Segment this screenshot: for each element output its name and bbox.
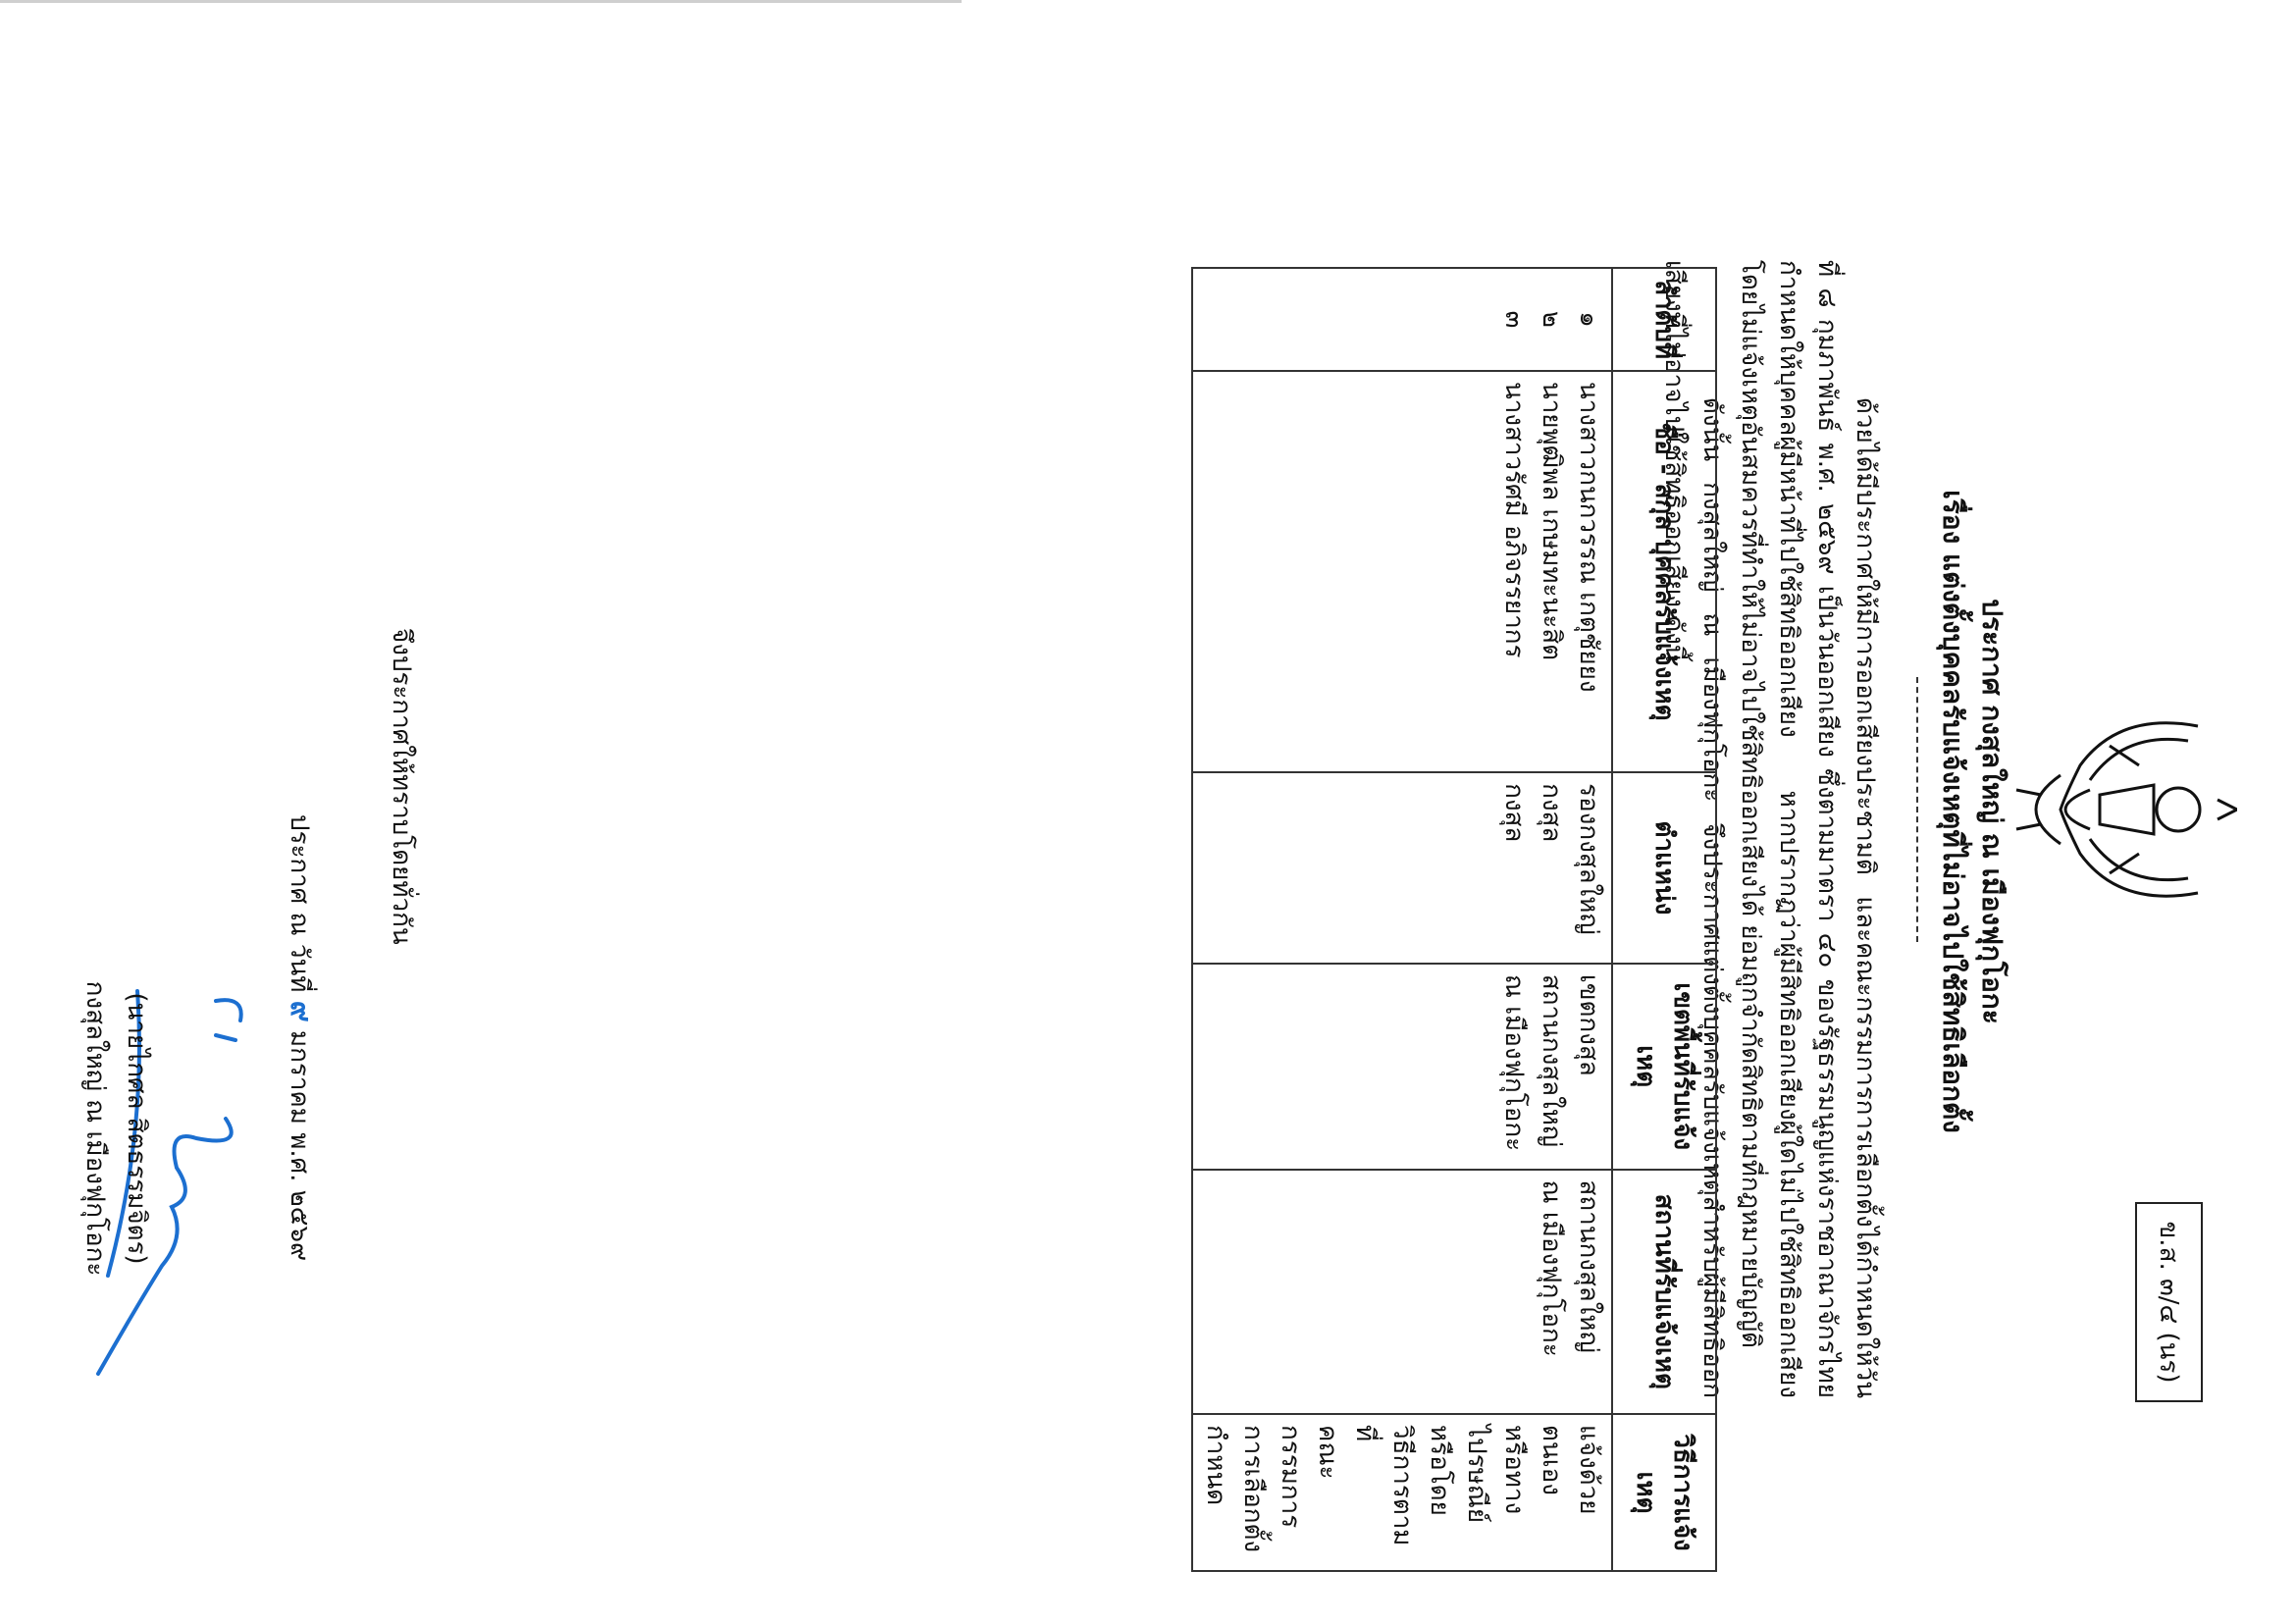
method-line: หรือโดย [1421, 1425, 1458, 1560]
announcement-page: ข.ส. ๓/๔ (นร) ประกาศ กงสุลใหญ่ ณ เมืองฟุ… [0, 0, 2296, 1623]
table-row: ๑ ๒ ๓ นางสาวกนกวรรณ เกตุชัยยง นายพุฒิพล … [1192, 268, 1612, 1571]
place-line: สถานกงสุลใหญ่ [1570, 1180, 1607, 1404]
garuda-emblem-icon [2011, 707, 2237, 913]
signer-name: (นายไกศล สิตธรรมจิตร) [116, 922, 157, 1335]
row-no: ๓ [1495, 279, 1533, 360]
paragraph-1: ด้วยได้มีประกาศให้มีการออกเสียงประชามติ … [1731, 260, 1884, 1398]
appointee-name: นางสาวกนกวรรณ เกตุชัยยง [1570, 382, 1607, 761]
no-cell: ๑ ๒ ๓ [1192, 268, 1612, 371]
area-line: ณ เมืองฟุกุโอกะ [1495, 974, 1533, 1159]
header-no: ลำดับที่ [1612, 268, 1716, 371]
appointee-name: นายพุฒิพล เกษมทะนะสิต [1533, 382, 1570, 761]
header-position: ตำแหน่ง [1612, 772, 1716, 964]
appointees-table: ลำดับที่ ชื่อ - สกุล บุคคลรับแจ้งเหตุ ตำ… [1191, 267, 1717, 1572]
title-block: ประกาศ กงสุลใหญ่ ณ เมืองฟุกุโอกะ เรื่อง … [1933, 0, 2011, 1623]
appointee-position: กงสุล [1533, 783, 1570, 953]
row-no: ๒ [1533, 279, 1570, 360]
method-line: ไปรษณีย์ [1458, 1425, 1495, 1560]
header-name: ชื่อ - สกุล บุคคลรับแจ้งเหตุ [1612, 371, 1716, 772]
position-cell: รองกงสุลใหญ่ กงสุล กงสุล [1192, 772, 1612, 964]
announcement-date: ประกาศ ณ วันที่ ๙ มกราคม พ.ศ. ๒๕๖๙ [278, 814, 324, 1261]
form-code: ข.ส. ๓/๔ (นร) [2149, 1222, 2189, 1384]
header-area: เขตพื้นที่รับแจ้งเหตุ [1612, 964, 1716, 1170]
table-header-row: ลำดับที่ ชื่อ - สกุล บุคคลรับแจ้งเหตุ ตำ… [1612, 268, 1716, 1571]
method-line: คณะกรรมการ [1272, 1425, 1346, 1560]
title-divider [1916, 677, 1918, 942]
subject-line: เรื่อง แต่งตั้งบุคคลรับแจ้งเหตุที่ไม่อาจ… [1933, 0, 1972, 1623]
appointee-position: รองกงสุลใหญ่ [1570, 783, 1607, 953]
place-line: ณ เมืองฟุกุโอกะ [1533, 1180, 1570, 1404]
method-line: หรือทาง [1495, 1425, 1533, 1560]
closing-statement: จึงประกาศให้ทราบโดยทั่วกัน [382, 628, 422, 945]
page-title: ประกาศ กงสุลใหญ่ ณ เมืองฟุกุโอกะ [1972, 0, 2011, 1623]
method-line: การเลือกตั้ง [1234, 1425, 1272, 1560]
area-cell: เขตกงสุล สถานกงสุลใหญ่ ณ เมืองฟุกุโอกะ [1192, 964, 1612, 1170]
header-method: วิธีการแจ้งเหตุ [1612, 1414, 1716, 1571]
name-cell: นางสาวกนกวรรณ เกตุชัยยง นายพุฒิพล เกษมทะ… [1192, 371, 1612, 772]
date-prefix: ประกาศ ณ วันที่ [285, 814, 314, 992]
method-cell: แจ้งด้วยตนเอง หรือทาง ไปรษณีย์ หรือโดย ว… [1192, 1414, 1612, 1571]
place-cell: สถานกงสุลใหญ่ ณ เมืองฟุกุโอกะ [1192, 1170, 1612, 1415]
signer-title: กงสุลใหญ่ ณ เมืองฟุกุโอกะ [75, 922, 116, 1335]
method-line: กำหนด [1197, 1425, 1234, 1560]
appointee-name: นางสาวรัศมี อภิจรรยากร [1495, 382, 1533, 761]
signer-block: (นายไกศล สิตธรรมจิตร) กงสุลใหญ่ ณ เมืองฟ… [75, 922, 157, 1335]
date-suffix: มกราคม พ.ศ. ๒๕๖๙ [285, 1030, 314, 1261]
method-line: วิธีการตามที่ [1346, 1425, 1421, 1560]
date-day: ๙ [284, 1001, 318, 1022]
row-no: ๑ [1570, 279, 1607, 360]
appointee-position: กงสุล [1495, 783, 1533, 953]
area-line: สถานกงสุลใหญ่ [1533, 974, 1570, 1159]
method-line: แจ้งด้วยตนเอง [1533, 1425, 1607, 1560]
header-place: สถานที่รับแจ้งเหตุ [1612, 1170, 1716, 1415]
form-code-box: ข.ส. ๓/๔ (นร) [2135, 1202, 2203, 1402]
area-line: เขตกงสุล [1570, 974, 1607, 1159]
